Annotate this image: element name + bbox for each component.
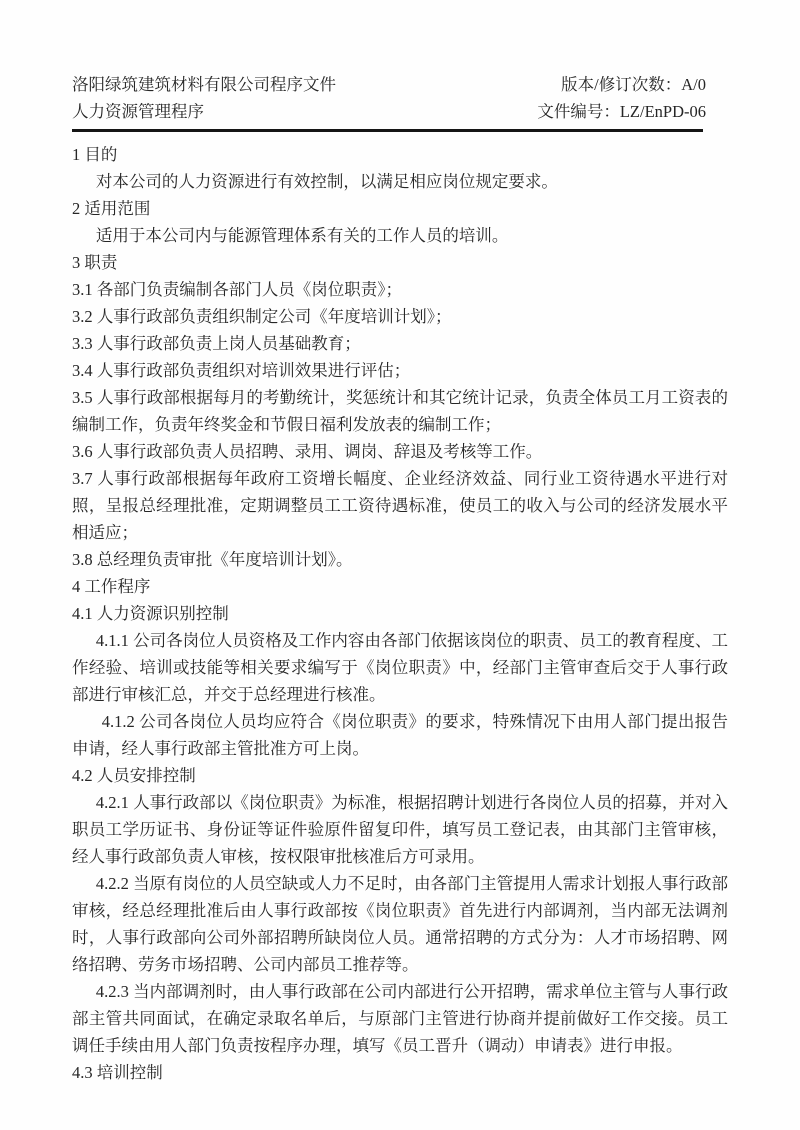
body-paragraph: 适用于本公司内与能源管理体系有关的工作人员的培训。: [72, 222, 728, 249]
header-right-block: 版本/修订次数：A/0 文件编号：LZ/EnPD-06: [537, 71, 728, 125]
clause-paragraph: 3.6 人事行政部负责人员招聘、录用、调岗、辞退及考核等工作。: [72, 438, 728, 465]
document-body: 1 目的对本公司的人力资源进行有效控制，以满足相应岗位规定要求。2 适用范围适用…: [72, 141, 728, 1086]
clause-paragraph: 3.2 人事行政部负责组织制定公司《年度培训计划》；: [72, 303, 728, 330]
document-number-label: 文件编号：LZ/EnPD-06: [537, 98, 706, 125]
document-page: 洛阳绿筑建筑材料有限公司程序文件 人力资源管理程序 版本/修订次数：A/0 文件…: [0, 0, 800, 1130]
section-heading: 4.1 人力资源识别控制: [72, 600, 728, 627]
body-paragraph: 对本公司的人力资源进行有效控制，以满足相应岗位规定要求。: [72, 168, 728, 195]
document-header: 洛阳绿筑建筑材料有限公司程序文件 人力资源管理程序 版本/修订次数：A/0 文件…: [72, 71, 728, 125]
clause-paragraph: 3.5 人事行政部根据每月的考勤统计，奖惩统计和其它统计记录，负责全体员工月工资…: [72, 384, 728, 438]
clause-paragraph: 4.2.3 当内部调剂时，由人事行政部在公司内部进行公开招聘，需求单位主管与人事…: [72, 978, 728, 1059]
clause-paragraph: 3.3 人事行政部负责上岗人员基础教育；: [72, 330, 728, 357]
company-doc-title: 洛阳绿筑建筑材料有限公司程序文件: [72, 71, 336, 98]
clause-paragraph: 4.2.1 人事行政部以《岗位职责》为标准，根据招聘计划进行各岗位人员的招募，并…: [72, 789, 728, 870]
clause-paragraph: 4.1.2 公司各岗位人员均应符合《岗位职责》的要求，特殊情况下由用人部门提出报…: [72, 708, 728, 762]
header-left-block: 洛阳绿筑建筑材料有限公司程序文件 人力资源管理程序: [72, 71, 336, 125]
clause-paragraph: 3.4 人事行政部负责组织对培训效果进行评估；: [72, 357, 728, 384]
section-heading: 3 职责: [72, 249, 728, 276]
clause-paragraph: 3.1 各部门负责编制各部门人员《岗位职责》；: [72, 276, 728, 303]
clause-paragraph: 4.2.2 当原有岗位的人员空缺或人力不足时，由各部门主管提用人需求计划报人事行…: [72, 870, 728, 978]
clause-paragraph: 3.8 总经理负责审批《年度培训计划》。: [72, 546, 728, 573]
clause-paragraph: 3.7 人事行政部根据每年政府工资增长幅度、企业经济效益、同行业工资待遇水平进行…: [72, 465, 728, 546]
procedure-title: 人力资源管理程序: [72, 98, 336, 125]
section-heading: 4.2 人员安排控制: [72, 762, 728, 789]
section-heading: 2 适用范围: [72, 195, 728, 222]
header-divider: [72, 129, 703, 132]
section-heading: 4.3 培训控制: [72, 1059, 728, 1086]
clause-paragraph: 4.1.1 公司各岗位人员资格及工作内容由各部门依据该岗位的职责、员工的教育程度…: [72, 627, 728, 708]
section-heading: 4 工作程序: [72, 573, 728, 600]
version-revision-label: 版本/修订次数：A/0: [537, 71, 706, 98]
section-heading: 1 目的: [72, 141, 728, 168]
